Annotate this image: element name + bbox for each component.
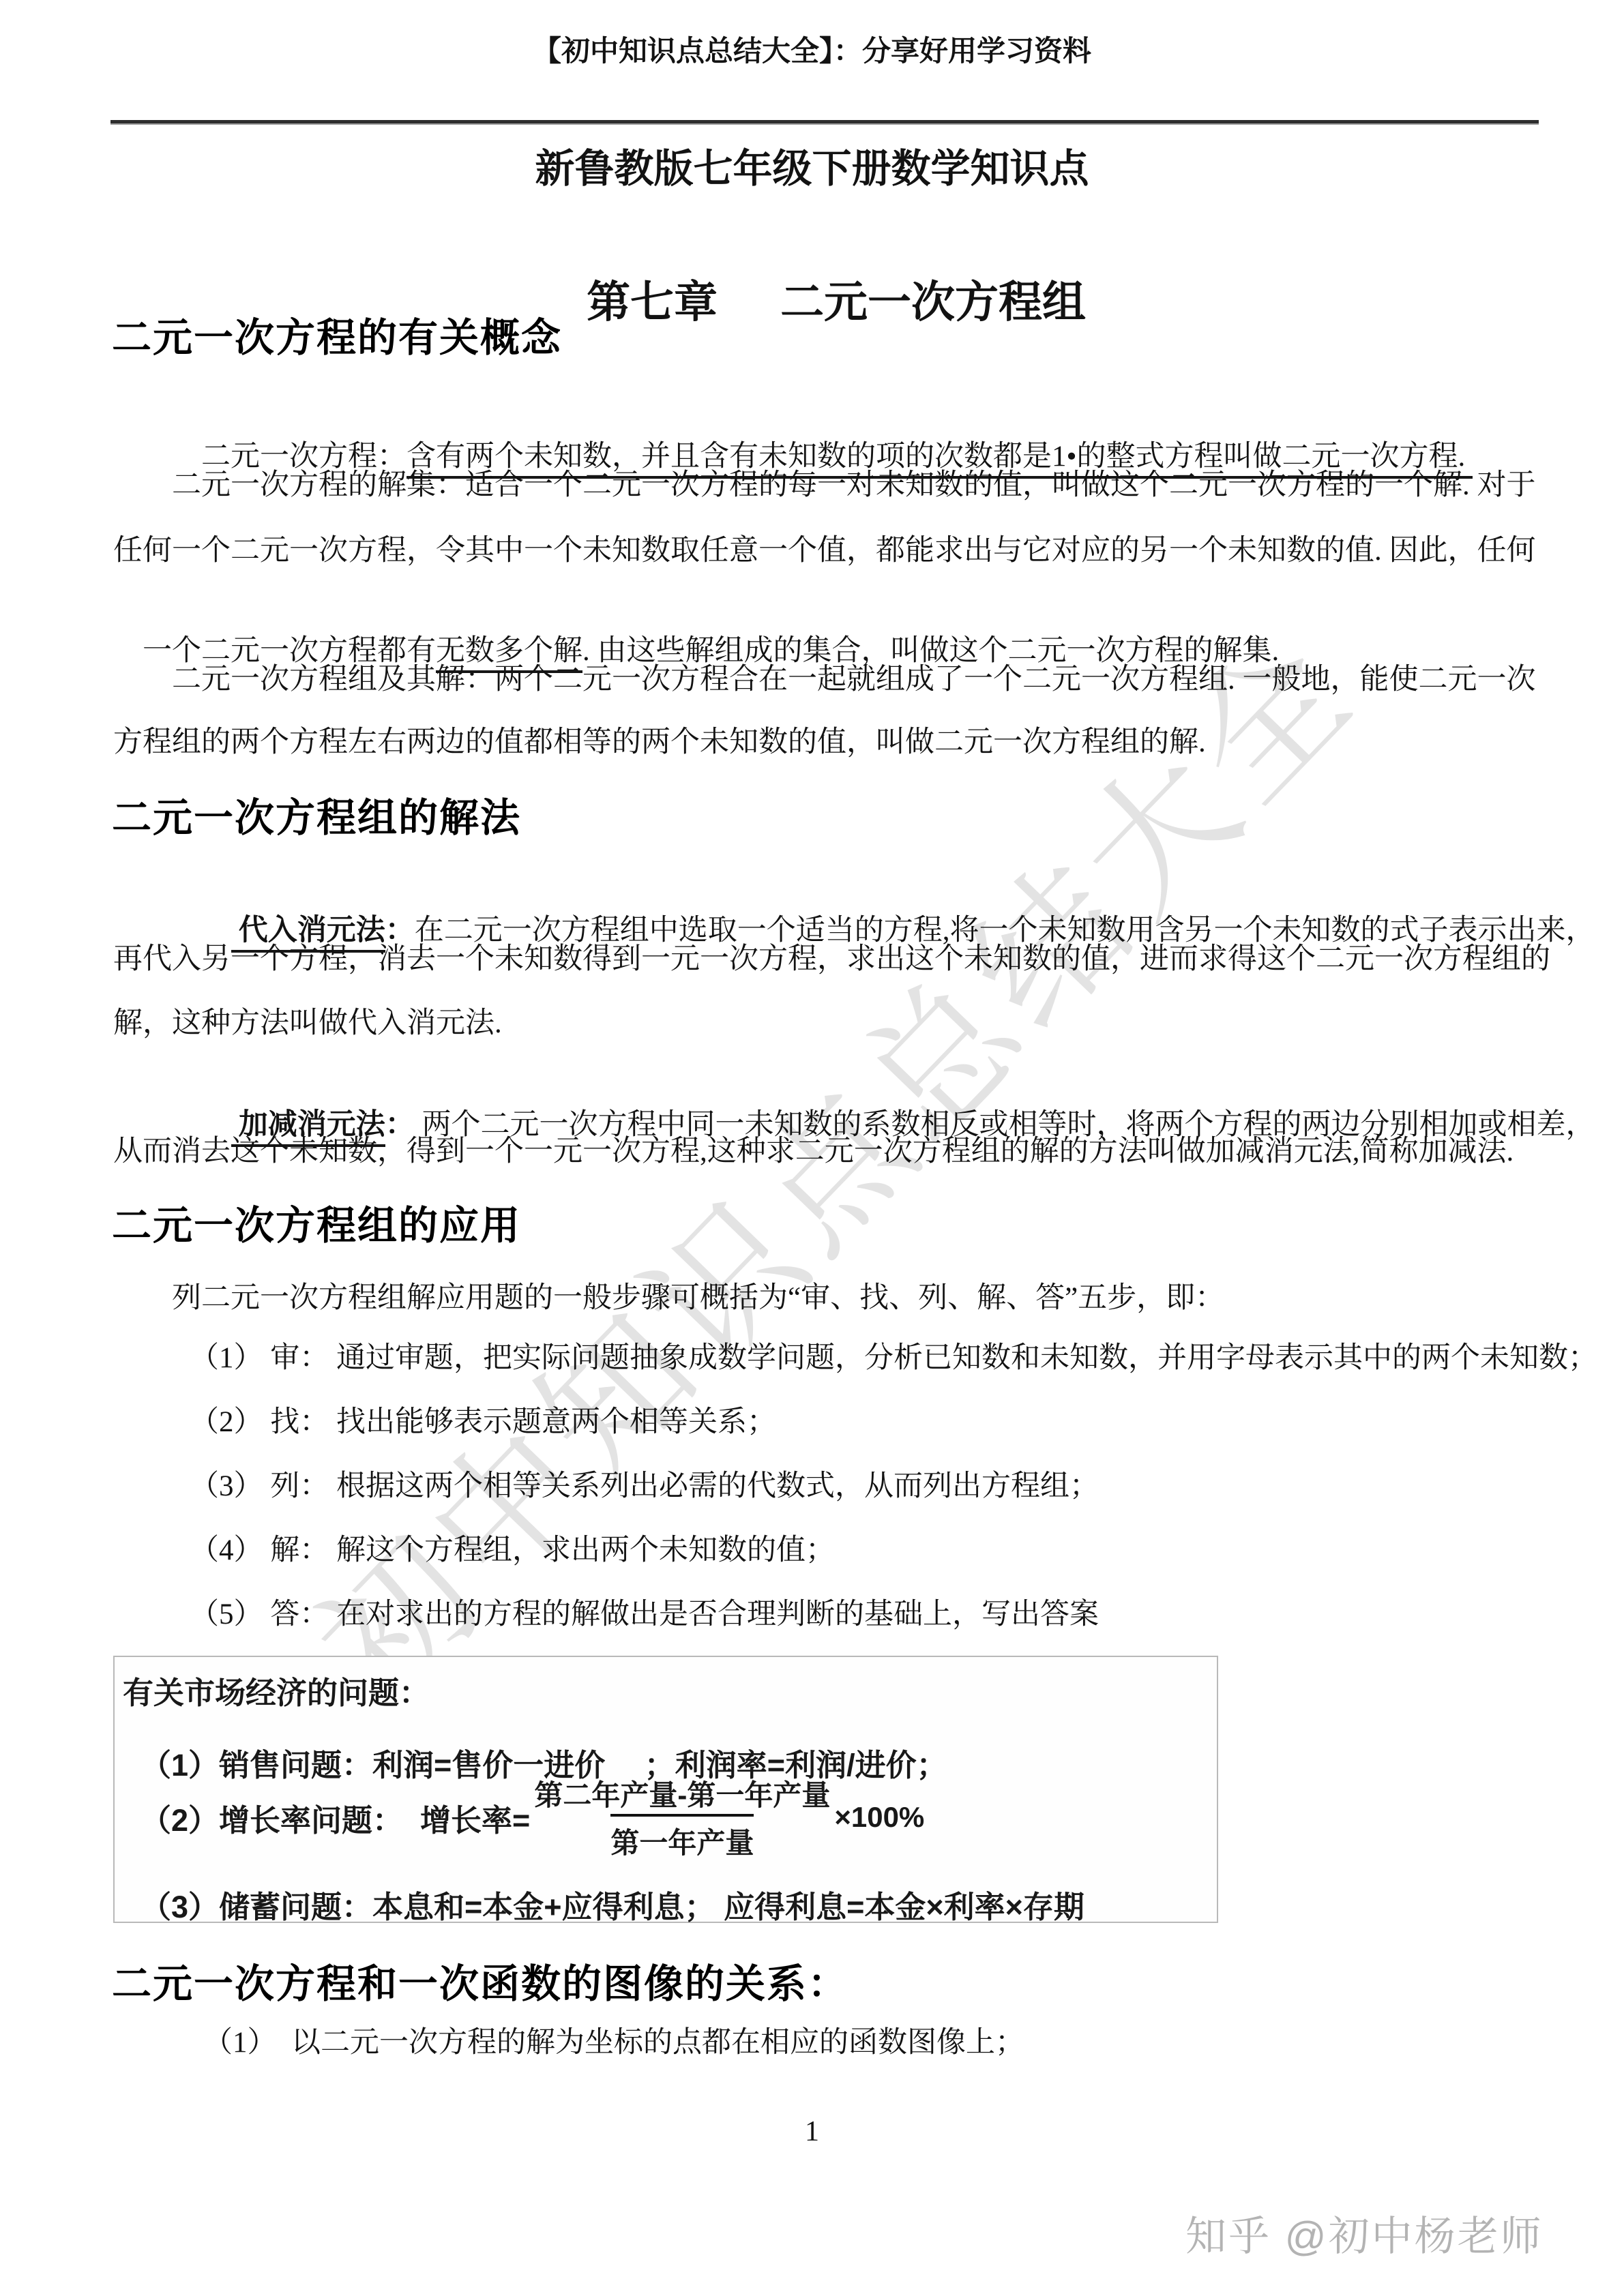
zhihu-author-watermark: 知乎 @初中杨老师 [1185,2204,1544,2263]
step-item-3: （3） 列： 根据这两个相等关系列出必需的代数式，从而列出方程组； [190,1469,1099,1504]
document-page: 初中知识点总结大全 【初中知识点总结大全】：分享好用学习资料 新鲁教版七年级下册… [0,0,1624,2296]
application-intro: 列二元一次方程组解应用题的一般步骤可概括为“审、找、列、解、答”五步，即： [172,1281,1224,1316]
graph-relation-item-1: （1） 以二元一次方程的解为坐标的点都在相应的函数图像上； [203,2025,1024,2061]
fraction-numerator: 第二年产量-第一年产量 [534,1773,830,1814]
chapter-label: 第七章 [587,278,718,327]
step-item-4: （4） 解： 解这个方程组，求出两个未知数的值； [190,1533,835,1568]
growth-rate-problem-line: （2）增长率问题： 增长率= 第二年产量-第一年产量 第一年产量 ×100% [141,1766,924,1868]
header-divider [110,120,1539,125]
step-item-5: （5） 答： 在对求出的方程的解做出是否合理判断的基础上，写出答案 [190,1597,1099,1632]
step-item-2: （2） 找： 找出能够表示题意两个相等关系； [190,1405,776,1440]
section3-heading: 二元一次方程组的应用 [112,1193,521,1251]
growth-rate-suffix: ×100% [834,1801,924,1834]
page-header: 【初中知识点总结大全】：分享好用学习资料 [0,29,1624,70]
substitution-line3: 解，这种方法叫做代入消元法. [113,1006,502,1041]
elimination-line2: 从而消去这个未知数，得到一个一元一次方程,这种求二元一次方程组的解的方法叫做加减… [113,1134,1514,1169]
chapter-title: 二元一次方程组 [780,278,1086,327]
section2-heading: 二元一次方程组的解法 [112,786,521,843]
page-number: 1 [0,2115,1624,2148]
doc-title: 新鲁教版七年级下册数学知识点 [0,136,1624,194]
solution-set-line2: 任何一个二元一次方程，令其中一个未知数取任意一个值，都能求出与它对应的另一个未知… [113,533,1536,569]
step-item-1: （1） 审： 通过审题，把实际问题抽象成数学问题，分析已知数和未知数，并用字母表… [190,1341,1597,1376]
growth-rate-lhs: 增长率= [420,1795,530,1840]
system-def-line1: 二元一次方程组及其解：两个二元一次方程合在一起就组成了一个二元一次方程组. 一般… [172,662,1536,698]
fraction-denominator: 第一年产量 [610,1814,754,1862]
system-def-line2: 方程组的两个方程左右两边的值都相等的两个未知数的值，叫做二元一次方程组的解. [113,725,1206,760]
market-economy-formula-box: 有关市场经济的问题： （1）销售问题：利润=售价一进价 ；利润率=利润/进价； … [113,1656,1218,1923]
growth-rate-fraction: 第二年产量-第一年产量 第一年产量 [534,1773,830,1862]
savings-problem-line: （3）储蓄问题：本息和=本金+应得利息； 应得利息=本金×利率×存期 [141,1882,1084,1926]
formula-box-title: 有关市场经济的问题： [123,1668,430,1712]
solution-set-line1: 二元一次方程的解集：适合一个二元一次方程的每一对未知数的值，叫做这个二元一次方程… [172,468,1536,503]
substitution-line2: 再代入另一个方程，消去一个未知数得到一元一次方程，求出这个未知数的值，进而求得这… [113,942,1550,977]
section4-heading: 二元一次方程和一次函数的图像的关系： [112,1952,848,2009]
growth-rate-label: （2）增长率问题： [141,1795,420,1840]
section1-heading: 二元一次方程的有关概念 [112,305,562,363]
